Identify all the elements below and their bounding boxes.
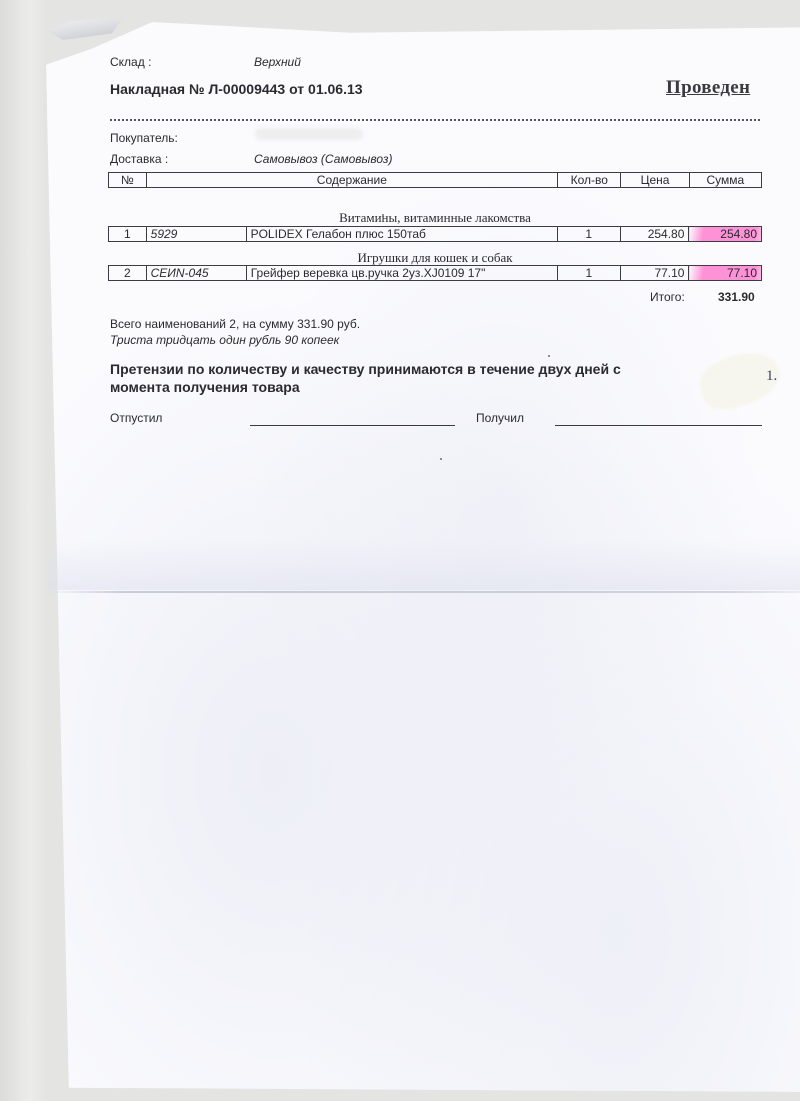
row-name: POLIDEX Гелабон плюс 150таб (246, 227, 557, 242)
handwritten-mark: 1. (766, 368, 777, 385)
row-qty: 1 (557, 266, 620, 281)
summary-count-line: Всего наименований 2, на сумму 331.90 ру… (110, 317, 360, 331)
warehouse-value: Верхний (254, 55, 301, 69)
table-row: 2 СЕИN-045 Грейфер веревка цв.ручка 2уз.… (108, 265, 762, 281)
released-by-label: Отпустил (110, 411, 162, 425)
header-qty: Кол-во (558, 173, 621, 188)
delivery-label: Доставка : (110, 152, 168, 166)
paper-speck (440, 458, 442, 460)
header-num: № (109, 173, 147, 188)
received-by-label: Получил (476, 411, 524, 425)
group-title: Игрушки для кошек и собак (108, 250, 762, 266)
summary-words-line: Триста тридцать один рубль 90 копеек (110, 333, 339, 347)
paper-fold-line (48, 591, 800, 593)
paper-speck (548, 355, 550, 357)
claims-notice-line1: Претензии по количеству и качеству прини… (110, 360, 621, 378)
delivery-value: Самовывоз (Самовывоз) (254, 152, 393, 166)
buyer-redacted-value (255, 128, 363, 140)
row-num: 1 (109, 227, 147, 242)
row-code: 5929 (146, 227, 246, 242)
status-badge: Проведен (666, 77, 750, 99)
row-sum-highlighted: 77.10 (689, 266, 762, 281)
group-title: Витамины, витаминные лакомства (108, 210, 762, 226)
total-label: Итого: (650, 290, 685, 304)
header-divider (110, 119, 760, 121)
invoice-title: Накладная № Л-00009443 от 01.06.13 (110, 81, 363, 97)
header-sum: Сумма (689, 173, 761, 188)
items-table-header: № Содержание Кол-во Цена Сумма (108, 172, 762, 188)
table-row: 1 5929 POLIDEX Гелабон плюс 150таб 1 254… (108, 226, 762, 242)
released-by-signature-line (250, 425, 455, 426)
header-price: Цена (621, 173, 689, 188)
paper-speck (382, 214, 384, 216)
row-price: 77.10 (620, 266, 689, 281)
received-by-signature-line (555, 425, 762, 426)
fold-shadow (48, 540, 800, 590)
claims-notice-line2: момента получения товара (110, 378, 621, 396)
claims-notice: Претензии по количеству и качеству прини… (110, 360, 621, 396)
total-value: 331.90 (718, 290, 755, 304)
row-qty: 1 (557, 227, 620, 242)
row-price: 254.80 (620, 227, 689, 242)
row-code: СЕИN-045 (146, 266, 246, 281)
row-num: 2 (109, 266, 147, 281)
buyer-label: Покупатель: (110, 131, 178, 145)
row-sum-highlighted: 254.80 (689, 227, 762, 242)
header-content: Содержание (146, 173, 558, 188)
row-name: Грейфер веревка цв.ручка 2уз.XJ0109 17" (246, 266, 557, 281)
warehouse-label: Склад : (110, 55, 151, 69)
